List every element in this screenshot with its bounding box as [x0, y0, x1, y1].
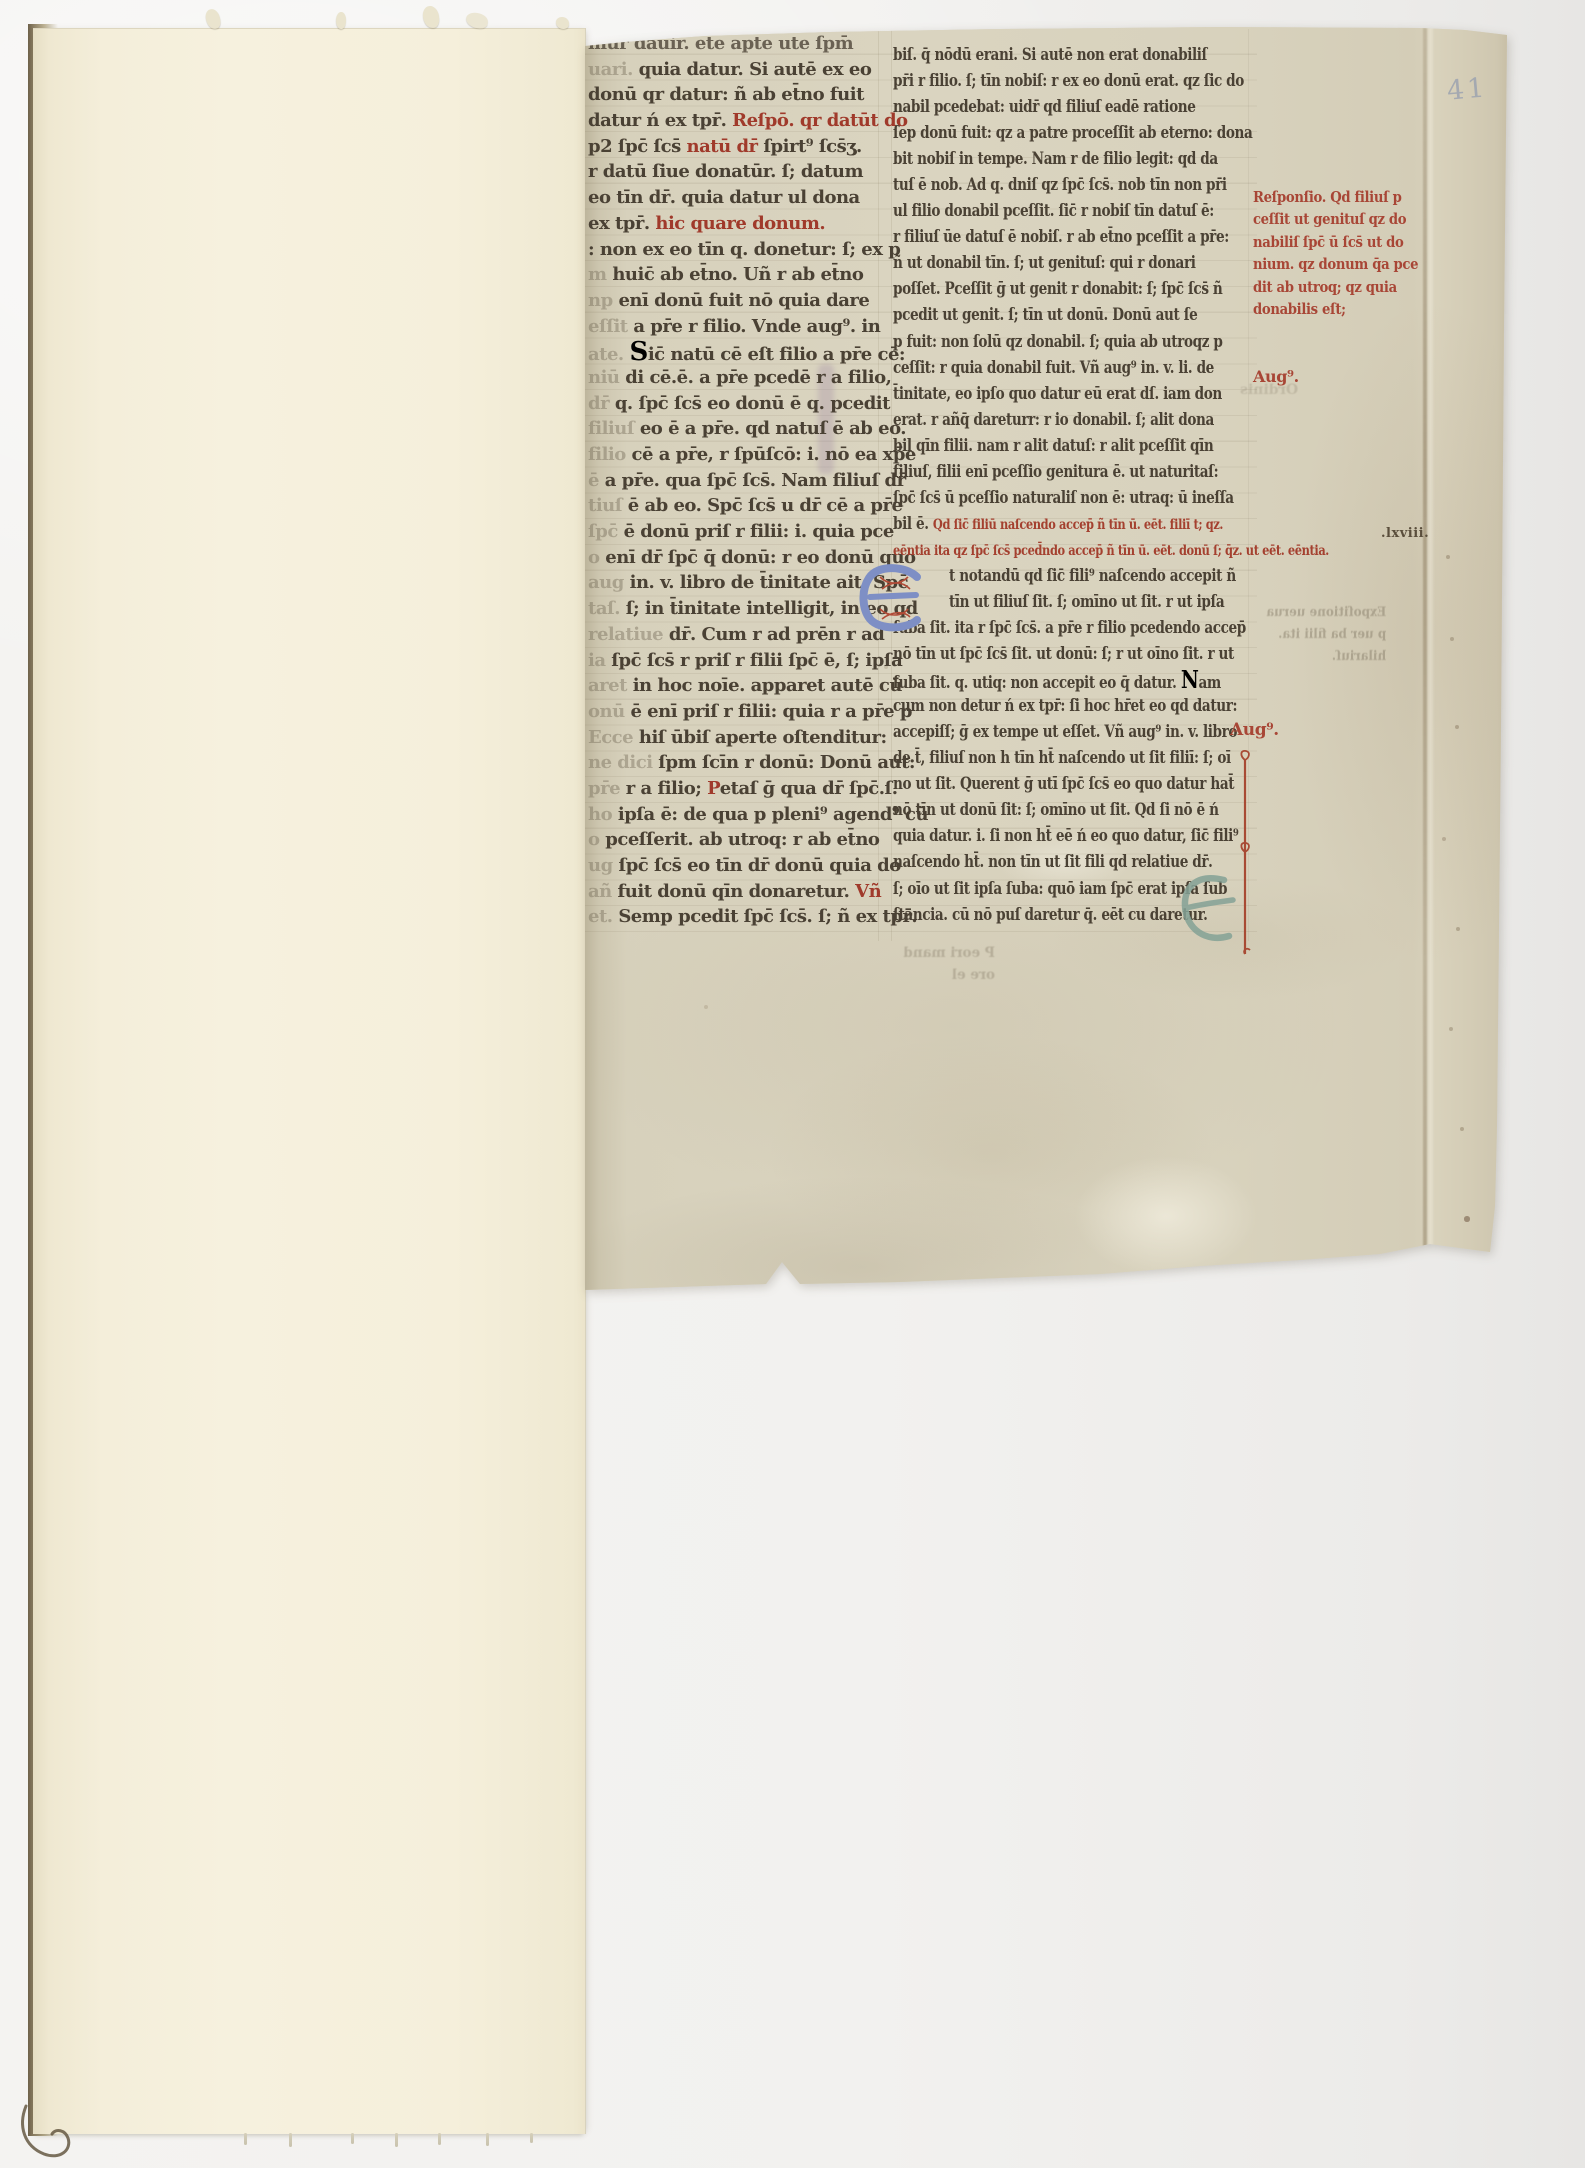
left-text-column: mur dauir. ete apte ute ſpm̄uari. quia d… [588, 31, 928, 930]
text-segment: ne dici [588, 752, 658, 773]
text-line: ſpc̄ ē donū priſ r filii: i. quia pce [588, 519, 928, 545]
text-segment: cum non detur ń ex tpr̄: ſi hoc hr̄et eo… [893, 696, 1237, 716]
text-segment: ē enī priſ r filii: quia r a pr̄e p [630, 701, 912, 722]
text-line: erat. r añq̄ dareturr: r io donabil. ſ; … [893, 407, 1329, 433]
text-line: mur dauir. ete apte ute ſpm̄ [588, 31, 928, 57]
text-line: niū di cē.ē. a pr̄e pcedē r a filio, [588, 365, 928, 391]
text-segment: relatiue [588, 624, 669, 645]
text-segment: filio [588, 444, 632, 465]
binding-thread [530, 2133, 533, 2143]
binding-thread [204, 8, 221, 30]
text-line: et. Semp pcedit ſpc̄ ſcs̄. ſ; ñ ex tpr̄. [588, 904, 928, 930]
show-through-text: Ordinis [1240, 382, 1298, 398]
binding-thread [422, 5, 439, 28]
text-segment: taſ. [588, 598, 626, 619]
text-line: pr̄e r a filio; Petaſ ḡ qua dr̄ ſpc̄.ſ. [588, 776, 928, 802]
text-segment: bit nobiſ in tempe. Nam r de filio legit… [893, 149, 1218, 169]
text-line: ne dici ſpm ſcīn r donū: Donū aut: [588, 750, 928, 776]
text-segment: q. ſpc̄ ſcs̄ eo donū ē q. pcedit [615, 393, 890, 414]
manuscript-photo: mur dauir. ete apte ute ſpm̄uari. quia d… [0, 0, 1585, 2168]
parchment-surface: mur dauir. ete apte ute ſpm̄uari. quia d… [585, 26, 1507, 1292]
text-segment: ia [588, 650, 611, 671]
text-line: ſ; oīo ut ſit ipſa ſuba: quō iam ſpc̄ er… [893, 876, 1329, 902]
text-segment: aug [588, 572, 630, 593]
text-line: Ecce hiſ ūbiſ aperte oſtenditur: [588, 725, 928, 751]
text-segment: tiuſ [588, 495, 628, 516]
text-line: eēntia ita qz ſpc̄ ſcs̄ pced̄ndo accep̄ … [893, 537, 1329, 563]
binding-thread [335, 12, 347, 30]
text-segment: ē donū priſ r filii: i. quia pce [624, 521, 894, 542]
text-line: filiuſ, filii enī pceſſio genitura ē. ut… [893, 459, 1329, 485]
text-segment: ſtancia. cū nō puſ daretur q̄. eēt cu da… [893, 905, 1208, 925]
text-segment: ic̄ natū cē eſt filio a pr̄e cē: [648, 344, 905, 365]
text-segment: etaſ ḡ qua dr̄ ſpc̄.ſ. [720, 778, 898, 799]
binding-thread [351, 2133, 354, 2144]
text-segment: Ecce [588, 727, 639, 748]
text-segment: eo tīn dr̄. quia datur ul dona [588, 187, 860, 208]
binding-thread [395, 2133, 398, 2147]
text-segment: a pr̄e r filio. Vnde aug⁹. in [633, 316, 880, 337]
text-line: ceſſit ut genituſ qz do [1253, 208, 1418, 230]
text-line: donabilis eſt; [1253, 298, 1418, 320]
text-segment: ſpc̄ ſcs̄ eo tīn dr̄ donū quia do [618, 855, 900, 876]
text-segment: am [1198, 673, 1220, 693]
text-segment: ē ab eo. Spc̄ ſcs̄ u dr̄ cē a pr̄e [628, 495, 903, 516]
text-line: ho ipſa ē: de qua p pleni⁹ agend⁹ cū [588, 802, 928, 828]
text-segment: eſſit [588, 316, 633, 337]
folio-number: 41 [1446, 72, 1489, 106]
text-line: nō tīn ut ſpc̄ ſcs̄ ſit. ut donū: ſ; r u… [893, 641, 1329, 667]
text-segment: ſuba ſit. ita r ſpc̄ ſcs̄. a pr̄e r fili… [893, 618, 1246, 638]
text-segment: np [588, 290, 618, 311]
show-through-text: Expoſitione ueruap uer ba filii ita.hila… [1266, 602, 1386, 668]
text-segment: cē a pr̄e, r ſpūſcō: i. nō ea xp̄e [632, 444, 916, 465]
chapter-number-note: .lxviii. [1381, 526, 1429, 541]
text-segment: bil qīn filii. nam r alit datuſ: r alit … [893, 436, 1213, 456]
text-segment: ceſſit: r quia donabil fuit. Vñ aug⁹ in.… [893, 358, 1214, 378]
text-segment: poſſet. Pceſſit ḡ ut genit r donabit: ſ;… [893, 279, 1222, 299]
text-line: pr̄i r filio. ſ; tīn nobiſ: r ex eo donū… [893, 68, 1329, 94]
text-line: uari. quia datur. Si autē ex eo [588, 57, 928, 83]
text-segment: filiuſ [588, 418, 640, 439]
manuscript-leaf: mur dauir. ete apte ute ſpm̄uari. quia d… [585, 26, 1507, 1292]
text-line: ia ſpc̄ ſcs̄ r priſ r filii ſpc̄ ē, ſ; i… [588, 648, 928, 674]
text-line: bil qīn filii. nam r alit datuſ: r alit … [893, 433, 1329, 459]
text-line: m huic̄ ab et̄no. Uñ r ab et̄no [588, 262, 928, 288]
text-segment: Semp pcedit ſpc̄ ſcs̄. ſ; ñ ex tpr̄. [618, 906, 917, 927]
text-segment: tuſ ē nob. Ad q. dniſ qz ſpc̄ ſcs̄. nob … [893, 175, 1227, 195]
text-segment: ñ ut donabil tīn. ſ; ut genituſ: qui r d… [893, 253, 1196, 273]
text-segment: filiuſ, filii enī pceſſio genitura ē. ut… [893, 462, 1218, 482]
text-line: naſcendo ht̄. non tīn ut ſit fili qd rel… [893, 849, 1329, 875]
text-line: ē a pr̄e. qua ſpc̄ ſcs̄. Nam filiuſ dr̄ [588, 468, 928, 494]
text-line: donū qr datur: ñ ab et̄no fuit [588, 82, 928, 108]
ink-specks [585, 26, 587, 28]
text-line: quia datur. i. ſi non ht̄ eē ń eo quo da… [893, 823, 1329, 849]
text-line: p fuit: non ſolū qz donabil. ſ; quia ab … [893, 329, 1329, 355]
text-segment: huic̄ ab et̄no. Uñ r ab et̄no [612, 264, 863, 285]
text-line: hilariuſ. [1266, 646, 1386, 668]
text-segment: in hoc noīe. apparet autē cū [633, 675, 902, 696]
text-line: onū ē enī priſ r filii: quia r a pr̄e p [588, 699, 928, 725]
text-segment: quia datur. Si autē ex eo [633, 59, 872, 80]
text-line: bil ē. Qd ſic̄ filiū naſcendo accep̄ ñ t… [893, 511, 1329, 537]
text-line: dr̄ q. ſpc̄ ſcs̄ eo donū ē q. pcedit [588, 391, 928, 417]
text-segment: : non ex eo tīn q. donetur: ſ; ex p [588, 239, 900, 260]
text-segment: S [629, 336, 647, 367]
text-segment: donū qr datur: ñ ab et̄no fuit [588, 84, 864, 105]
teal-paraph-mark [1178, 871, 1236, 945]
text-line: Expoſitione uerua [1266, 602, 1386, 624]
text-segment: niū [588, 367, 625, 388]
text-segment: onū [588, 701, 630, 722]
text-segment: ſep donū fuit: qz a patre proceſſit ab e… [893, 123, 1252, 143]
text-segment: r a filio; [626, 778, 707, 799]
text-segment: N [1181, 665, 1199, 694]
text-line: añ fuit donū qīn donaretur. Vñ [588, 879, 928, 905]
binding-thread [486, 2133, 489, 2146]
text-segment: ſpm ſcīn r donū: Donū aut: [658, 752, 915, 773]
text-segment: aret [588, 675, 633, 696]
text-line: tiuſ ē ab eo. Spc̄ ſcs̄ u dr̄ cē a pr̄e [588, 493, 928, 519]
text-segment: Qd ſic̄ filiū naſcendo accep̄ ñ tīn ū. e… [933, 517, 1223, 533]
show-through-text: P eori mandore el [903, 942, 995, 986]
text-segment: no ut ſit. Querent ḡ utī ſpc̄ ſcs̄ eo qu… [893, 774, 1234, 794]
text-line: ore el [903, 964, 995, 986]
text-line: ſuba ſit. q. utiq: non accepit eo q̄ dat… [893, 667, 1329, 693]
text-segment: pcedit ut genit. ſ; tīn ut donū. Donū au… [893, 305, 1197, 325]
text-segment: r filiuſ ūe datuſ ē nobiſ. r ab et̄no pc… [893, 227, 1229, 247]
text-segment: o [588, 547, 605, 568]
text-line: de t̄, filiuſ non h tīn ht̄ naſcendo ut … [893, 745, 1329, 771]
text-segment: ſpirt⁹ ſcs̄ʒ. [763, 136, 861, 157]
text-segment: accepiſſ; ḡ ex tempe ut eſſet. Vñ aug⁹ i… [893, 722, 1237, 742]
binding-thread [465, 12, 489, 30]
text-line: ate. Sic̄ natū cē eſt filio a pr̄e cē: [588, 339, 928, 365]
text-segment: ug [588, 855, 618, 876]
text-segment: naſcendo ht̄. non tīn ut ſit fili qd rel… [893, 852, 1212, 872]
text-segment: hic quare donum. [655, 213, 825, 234]
text-segment: hiſ ūbiſ aperte oſtenditur: [639, 727, 887, 748]
text-line: t notandū qd ſic̄ fili⁹ naſcendo accepit… [893, 563, 1329, 589]
text-line: ſuba ſit. ita r ſpc̄ ſcs̄. a pr̄e r fili… [893, 615, 1329, 641]
text-segment: dr̄. Cum r ad prēn r ad [669, 624, 884, 645]
text-line: ex tpr̄. hic quare donum. [588, 211, 928, 237]
text-segment: t notandū qd ſic̄ fili⁹ naſcendo accepit… [949, 566, 1236, 586]
text-segment: Vñ [855, 881, 881, 902]
text-line: filio cē a pr̄e, r ſpūſcō: i. nō ea xp̄e [588, 442, 928, 468]
text-segment: p fuit: non ſolū qz donabil. ſ; quia ab … [893, 332, 1223, 352]
text-segment: et. [588, 906, 618, 927]
text-segment: eēntia ita qz ſpc̄ ſcs̄ pced̄ndo accep̄ … [893, 543, 1329, 559]
text-line: no ut ſit. Querent ḡ utī ſpc̄ ſcs̄ eo qu… [893, 771, 1329, 797]
text-segment: ſuba ſit. q. utiq: non accepit eo q̄ dat… [893, 673, 1181, 693]
text-line: eo tīn dr̄. quia datur ul dona [588, 185, 928, 211]
aug-citation-note: Aug⁹. [1230, 720, 1279, 740]
text-segment: di cē.ē. a pr̄e pcedē r a filio, [625, 367, 891, 388]
text-segment: mur dauir. ete apte ute ſpm̄ [588, 33, 853, 54]
text-segment: nō tīn ut donū ſit: ſ; omīno ut ſit. Qd … [893, 800, 1219, 820]
text-segment: añ [588, 881, 618, 902]
text-line: filiuſ eo ē a pr̄e. qd natuſ ē ab eo. [588, 416, 928, 442]
text-segment: eo ē a pr̄e. qd natuſ ē ab eo. [640, 418, 906, 439]
binding-thread [556, 17, 569, 29]
text-segment: nō tīn ut ſpc̄ ſcs̄ ſit. ut donū: ſ; r u… [893, 644, 1234, 664]
text-segment: P [707, 778, 720, 799]
text-line: np enī donū fuit nō quia dare [588, 288, 928, 314]
text-segment: ex tpr̄. [588, 213, 655, 234]
text-segment: quia datur. i. ſi non ht̄ eē ń eo quo da… [893, 826, 1238, 846]
text-line: ſpc̄ ſcs̄ ū pceſſio naturaliſ non ē: utr… [893, 485, 1329, 511]
text-line: cum non detur ń ex tpr̄: ſi hoc hr̄et eo… [893, 693, 1329, 719]
text-segment: ipſa ē: de qua p pleni⁹ agend⁹ cū [618, 804, 928, 825]
text-line: Reſponſio. Qd filiuſ p [1253, 186, 1418, 208]
text-segment: p2 ſpc̄ ſcs̄ [588, 136, 687, 157]
text-line: P eori mand [903, 942, 995, 964]
text-segment: nabil pcedebat: uidr̄ qd filiuſ eadē rat… [893, 97, 1195, 117]
text-segment: bil ē. [893, 514, 933, 534]
text-segment: dr̄ [588, 393, 615, 414]
text-segment: o [588, 829, 605, 850]
red-marginal-line [1237, 748, 1253, 960]
binding-thread [438, 2133, 441, 2145]
text-segment: r datū ſiue donatūr. ſ; datum [588, 161, 863, 182]
text-line: p2 ſpc̄ ſcs̄ natū dr̄ ſpirt⁹ ſcs̄ʒ. [588, 134, 928, 160]
text-line: nabil pcedebat: uidr̄ qd filiuſ eadē rat… [893, 94, 1329, 120]
text-segment: erat. r añq̄ dareturr: r io donabil. ſ; … [893, 410, 1214, 430]
text-segment: fuit donū qīn donaretur. [618, 881, 856, 902]
text-segment: de t̄, filiuſ non h tīn ht̄ naſcendo ut … [893, 748, 1231, 768]
text-segment: t̄initate, eo ipſo quo datur eū erat dſ.… [893, 384, 1222, 404]
text-line: biſ. q̄ nōdū erani. Si autē non erat don… [893, 42, 1329, 68]
responsio-margin-note: Reſponſio. Qd filiuſ pceſſit ut genituſ … [1253, 186, 1441, 320]
text-segment: pr̄i r filio. ſ; tīn nobiſ: r ex eo donū… [893, 71, 1244, 91]
text-line: bit nobiſ in tempe. Nam r de filio legit… [893, 146, 1329, 172]
text-line: : non ex eo tīn q. donetur: ſ; ex p [588, 237, 928, 263]
text-segment: ate. [588, 344, 629, 365]
text-line: datur ń ex tpr̄. Reſpō. qr datūt do [588, 108, 928, 134]
text-segment: ho [588, 804, 618, 825]
text-segment: natū dr̄ [687, 136, 764, 157]
binding-thread [289, 2133, 292, 2147]
text-segment: ſpc̄ ſcs̄ r priſ r filii ſpc̄ ē, ſ; ipſa [611, 650, 902, 671]
text-line: aret in hoc noīe. apparet autē cū [588, 673, 928, 699]
text-line: ſep donū fuit: qz a patre proceſſit ab e… [893, 120, 1329, 146]
text-line: p uer ba filii ita. [1266, 624, 1386, 646]
text-line: ug ſpc̄ ſcs̄ eo tīn dr̄ donū quia do [588, 853, 928, 879]
text-segment: biſ. q̄ nōdū erani. Si autē non erat don… [893, 45, 1207, 65]
text-line: nium. qz donum q̄a pce [1253, 253, 1418, 275]
binding-thread [244, 2133, 247, 2145]
text-segment: ē [588, 470, 605, 491]
text-line: tīn ut filiuſ ſit. ſ; omīno ut ſit. r ut… [893, 589, 1329, 615]
right-text-column: biſ. q̄ nōdū erani. Si autē non erat don… [893, 42, 1438, 928]
text-segment: ſpc̄ ſcs̄ ū pceſſio naturaliſ non ē: utr… [893, 488, 1234, 508]
text-line: r datū ſiue donatūr. ſ; datum [588, 159, 928, 185]
text-line: o pceſſerit. ab utroq: r ab et̄no [588, 827, 928, 853]
blue-initial-E [858, 564, 928, 632]
text-segment: m [588, 264, 612, 285]
text-segment: tīn ut filiuſ ſit. ſ; omīno ut ſit. r ut… [949, 592, 1224, 612]
text-segment: ſpc̄ [588, 521, 624, 542]
text-segment: datur ń ex tpr̄. [588, 110, 732, 131]
text-segment: a pr̄e. qua ſpc̄ ſcs̄. Nam filiuſ dr̄ [605, 470, 906, 491]
text-segment: ſ; oīo ut ſit ipſa ſuba: quō iam ſpc̄ er… [893, 879, 1227, 899]
text-line: nō tīn ut donū ſit: ſ; omīno ut ſit. Qd … [893, 797, 1329, 823]
text-segment: enī donū fuit nō quia dare [618, 290, 869, 311]
text-segment: Reſpō. qr datūt do [732, 110, 907, 131]
text-segment: ul filio donabil pceſſit. ſic̄ r nobiſ t… [893, 201, 1214, 221]
album-page [33, 28, 585, 2134]
binding-thread-curl [16, 2098, 80, 2162]
text-segment: pr̄e [588, 778, 626, 799]
text-line: dit ab utroq; qz quia [1253, 276, 1418, 298]
text-segment: pceſſerit. ab utroq: r ab et̄no [605, 829, 879, 850]
text-segment: uari. [588, 59, 633, 80]
text-line: nabiliſ ſpc̄ ū ſcs̄ ut do [1253, 231, 1418, 253]
text-line: ſtancia. cū nō puſ daretur q̄. eēt cu da… [893, 902, 1329, 928]
